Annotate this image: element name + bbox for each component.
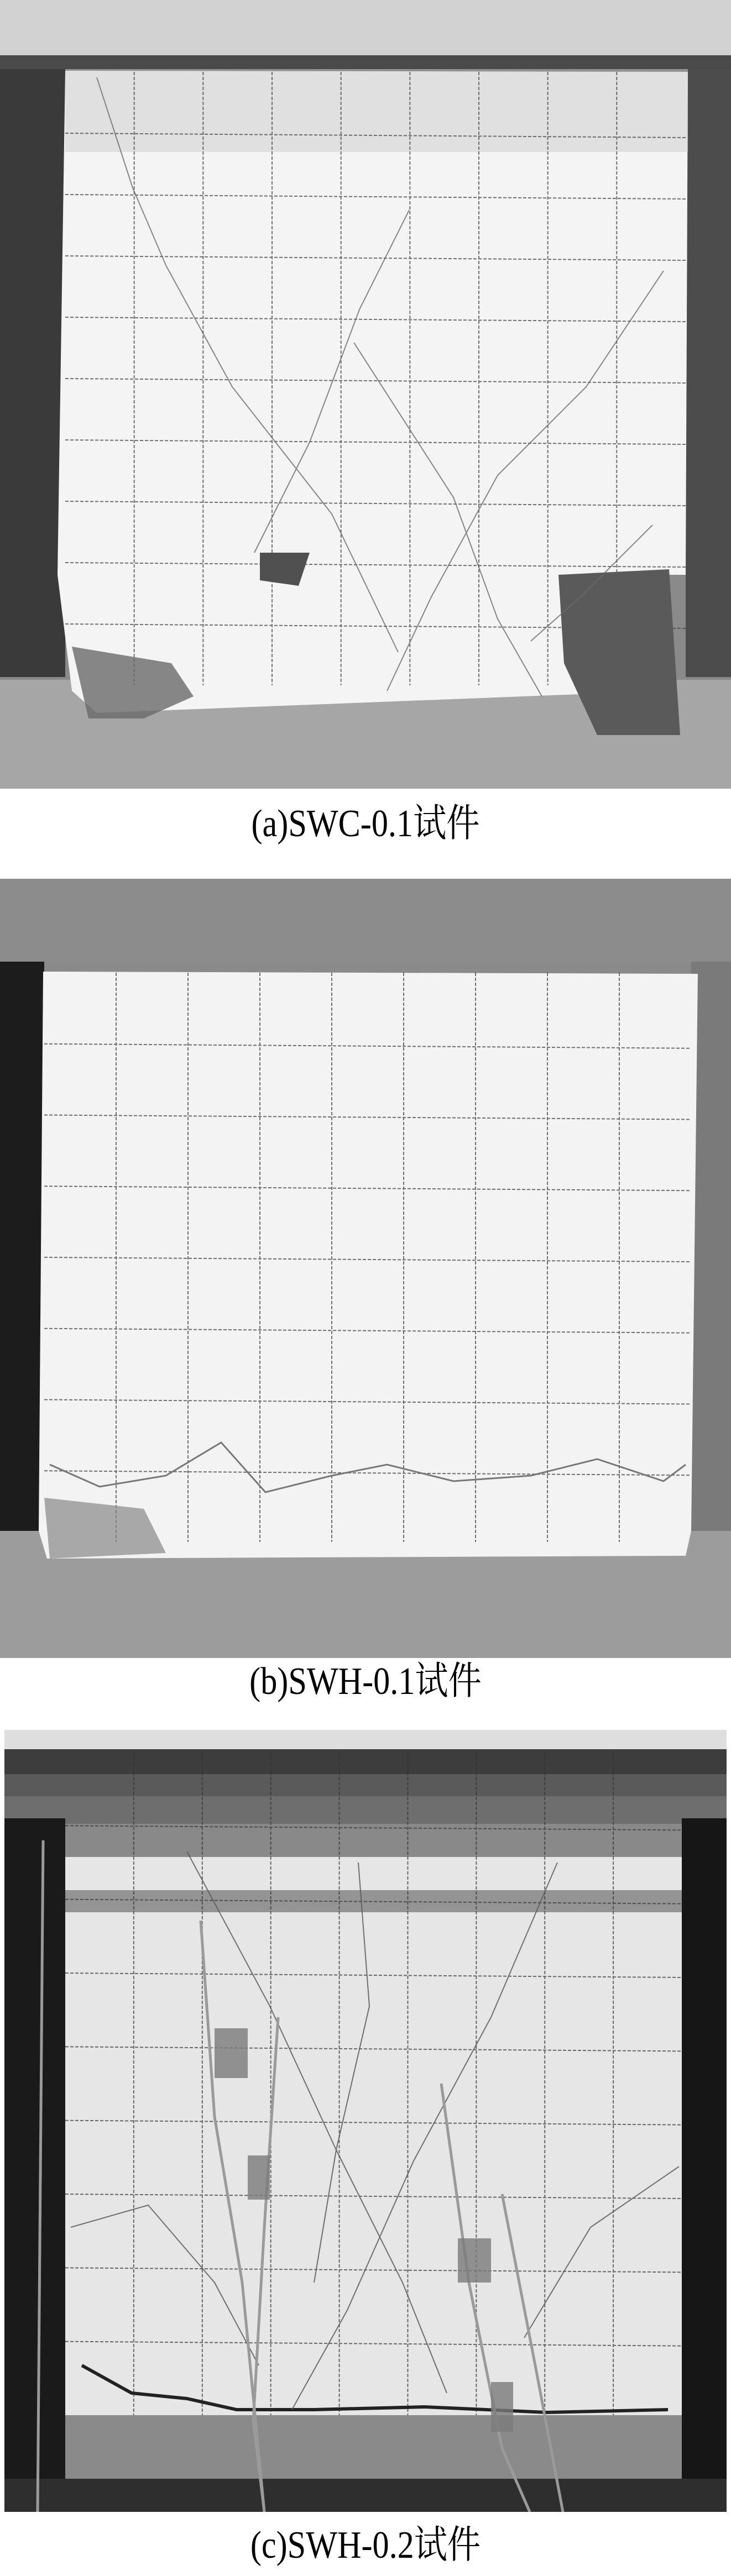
wall-photo-a-drawing — [0, 0, 731, 789]
wall-photo-b-drawing — [0, 879, 731, 1658]
specimen-photo-swh-0-2 — [4, 1730, 727, 2512]
caption-panel-c: (c)SWH-0.2试件 — [51, 2523, 680, 2568]
specimen-photo-swh-0-1 — [0, 879, 731, 1658]
specimen-photo-swc-0-1 — [0, 0, 731, 789]
wall-photo-c-drawing — [4, 1730, 727, 2512]
caption-panel-b: (b)SWH-0.1试件 — [51, 1660, 680, 1704]
caption-panel-a: (a)SWC-0.1试件 — [51, 802, 680, 846]
